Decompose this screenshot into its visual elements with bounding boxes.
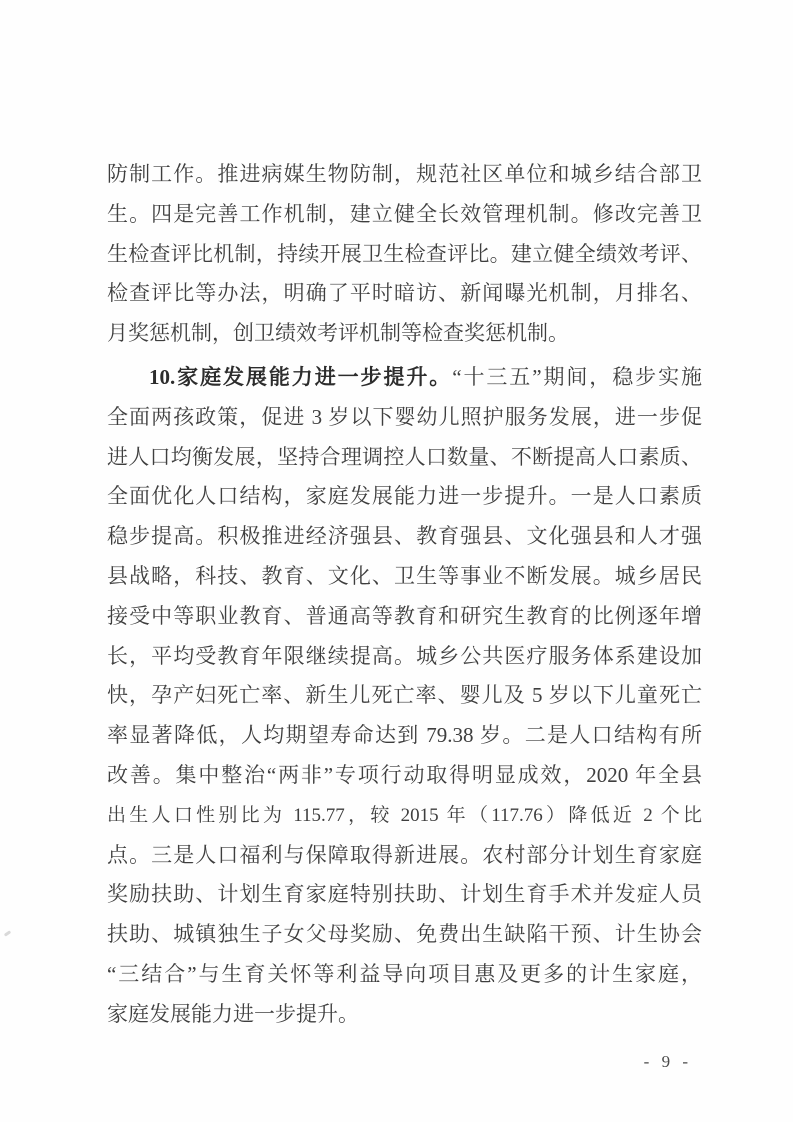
text-line: 全面优化人口结构，家庭发展能力进一步提升。一是人口素质 [107,477,702,517]
clause-number-heading: 10.家庭发展能力进一步提升。 [149,365,452,389]
document-page: 防制工作。推进病媒生物防制，规范社区单位和城乡结合部卫 生。四是完善工作机制，建… [0,0,793,1122]
text-line: 生检查评比机制，持续开展卫生检查评比。建立健全绩效考评、 [107,235,702,275]
text-line: “三结合”与生育关怀等利益导向项目惠及更多的计生家庭， [107,955,702,995]
text-line: 接受中等职业教育、普通高等教育和研究生教育的比例逐年增 [107,597,702,637]
text-line: 稳步提高。积极推进经济强县、教育强县、文化强县和人才强 [107,517,702,557]
page-number: - 9 - [644,1052,692,1072]
clause-lead-text: “十三五”期间，稳步实施 [452,365,702,389]
text-line: 出生人口性别比为 115.77，较 2015 年（117.76）降低近 2 个比 [107,796,702,836]
scan-artifact-speck [4,930,11,936]
paragraph-10-family-development: 10.家庭发展能力进一步提升。“十三五”期间，稳步实施 全面两孩政策，促进 3 … [107,358,702,1035]
text-line: 率显著降低，人均期望寿命达到 79.38 岁。二是人口结构有所 [107,716,702,756]
text-line: 县战略，科技、教育、文化、卫生等事业不断发展。城乡居民 [107,557,702,597]
text-line: 快，孕产妇死亡率、新生儿死亡率、婴儿及 5 岁以下儿童死亡 [107,676,702,716]
text-line: 10.家庭发展能力进一步提升。“十三五”期间，稳步实施 [107,358,702,398]
text-line: 进人口均衡发展，坚持合理调控人口数量、不断提高人口素质、 [107,438,702,478]
text-line: 全面两孩政策，促进 3 岁以下婴幼儿照护服务发展，进一步促 [107,398,702,438]
text-line: 长，平均受教育年限继续提高。城乡公共医疗服务体系建设加 [107,637,702,677]
text-line: 点。三是人口福利与保障取得新进展。农村部分计划生育家庭 [107,836,702,876]
text-line: 奖励扶助、计划生育家庭特别扶助、计划生育手术并发症人员 [107,875,702,915]
text-line: 扶助、城镇独生子女父母奖励、免费出生缺陷干预、计生协会 [107,915,702,955]
text-line: 改善。集中整治“两非”专项行动取得明显成效，2020 年全县 [107,756,702,796]
text-line: 检查评比等办法，明确了平时暗访、新闻曝光机制，月排名、 [107,274,702,314]
text-line: 月奖惩机制，创卫绩效考评机制等检查奖惩机制。 [107,314,702,354]
text-line: 家庭发展能力进一步提升。 [107,995,702,1035]
text-line: 生。四是完善工作机制，建立健全长效管理机制。修改完善卫 [107,195,702,235]
text-line: 防制工作。推进病媒生物防制，规范社区单位和城乡结合部卫 [107,155,702,195]
paragraph-overflow: 防制工作。推进病媒生物防制，规范社区单位和城乡结合部卫 生。四是完善工作机制，建… [107,155,702,354]
body-text: 防制工作。推进病媒生物防制，规范社区单位和城乡结合部卫 生。四是完善工作机制，建… [107,155,702,1035]
